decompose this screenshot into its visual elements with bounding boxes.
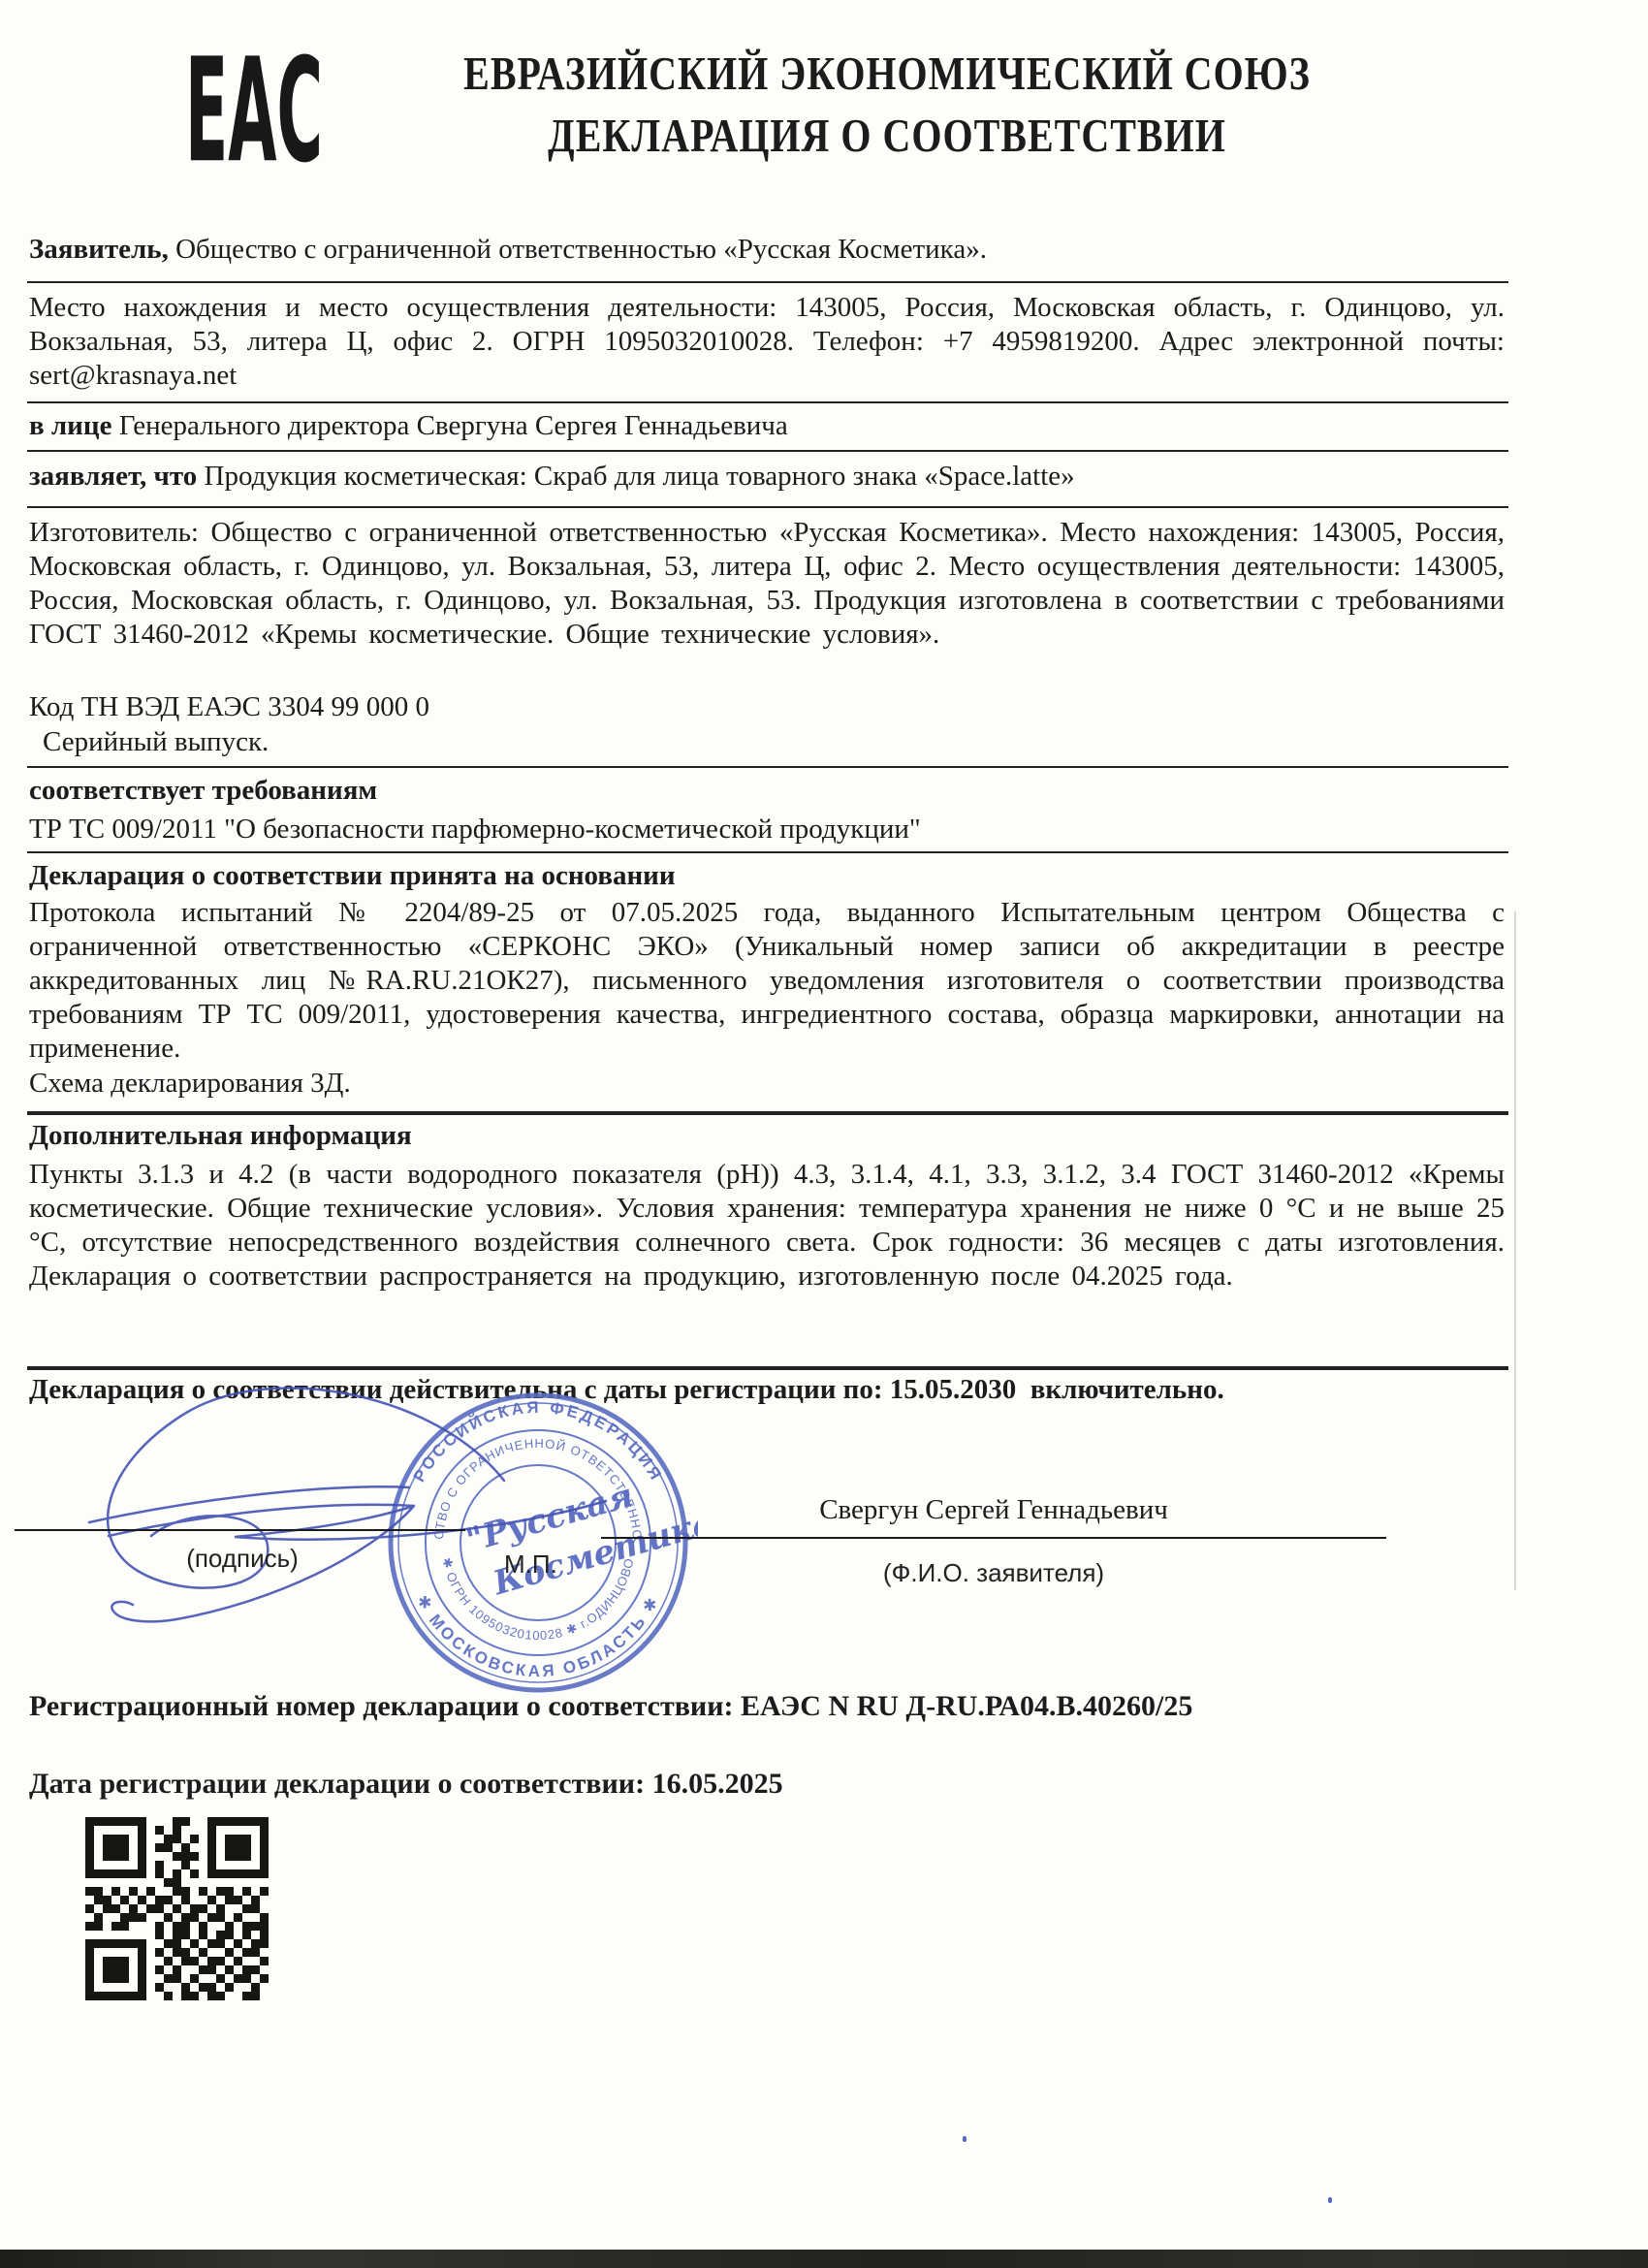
qr-module xyxy=(181,1939,190,1948)
qr-module xyxy=(164,1896,173,1904)
qr-module xyxy=(190,1878,199,1887)
qr-module xyxy=(207,1974,216,1983)
qr-module xyxy=(173,1852,181,1861)
qr-module xyxy=(173,1992,181,2000)
qr-module xyxy=(173,1948,181,1957)
qr-module xyxy=(216,1896,225,1904)
qr-module xyxy=(234,1931,242,1939)
qr-module xyxy=(164,1817,173,1826)
qr-module xyxy=(216,1983,225,1992)
qr-module xyxy=(234,1948,242,1957)
qr-module xyxy=(181,1861,190,1869)
qr-module xyxy=(199,1826,207,1835)
qr-module xyxy=(242,1835,251,1843)
qr-module xyxy=(138,1983,146,1992)
qr-module xyxy=(199,1869,207,1878)
in-person-text: Генерального директора Свергуна Сергея Г… xyxy=(111,410,787,441)
qr-module xyxy=(146,1843,155,1852)
qr-module xyxy=(164,1931,173,1939)
qr-module xyxy=(129,1896,138,1904)
qr-module xyxy=(251,1939,260,1948)
qr-module xyxy=(225,1939,234,1948)
qr-module xyxy=(225,1887,234,1896)
qr-module xyxy=(251,1948,260,1957)
registration-number-value: ЕАЭС N RU Д-RU.РА04.В.40260/25 xyxy=(741,1690,1192,1722)
qr-module xyxy=(190,1826,199,1835)
qr-module xyxy=(216,1826,225,1835)
qr-module xyxy=(129,1931,138,1939)
qr-module xyxy=(216,1965,225,1974)
qr-module xyxy=(111,1931,120,1939)
qr-module xyxy=(94,1869,103,1878)
registration-number-label: Регистрационный номер декларации о соотв… xyxy=(29,1690,741,1722)
qr-module xyxy=(199,1852,207,1861)
qr-module xyxy=(173,1965,181,1974)
scheme-line: Схема декларирования 3Д. xyxy=(29,1067,1505,1101)
qr-module xyxy=(120,1913,129,1922)
qr-module xyxy=(94,1887,103,1896)
qr-module xyxy=(216,1974,225,1983)
qr-module xyxy=(225,1957,234,1965)
qr-module xyxy=(146,1992,155,2000)
qr-module xyxy=(234,1957,242,1965)
qr-module xyxy=(242,1826,251,1835)
qr-module xyxy=(234,1835,242,1843)
qr-module xyxy=(207,1843,216,1852)
qr-module xyxy=(85,1896,94,1904)
qr-module xyxy=(199,1817,207,1826)
qr-module xyxy=(199,1939,207,1948)
qr-module xyxy=(251,1835,260,1843)
qr-module xyxy=(207,1878,216,1887)
qr-module xyxy=(138,1913,146,1922)
qr-module xyxy=(173,1826,181,1835)
qr-module xyxy=(225,1983,234,1992)
qr-module xyxy=(103,1939,111,1948)
ink-speck xyxy=(963,2136,967,2142)
qr-module xyxy=(94,1896,103,1904)
qr-module xyxy=(251,1817,260,1826)
qr-module xyxy=(216,1904,225,1913)
qr-module xyxy=(216,1878,225,1887)
qr-module xyxy=(181,1826,190,1835)
qr-module xyxy=(155,1817,164,1826)
name-line xyxy=(601,1537,1386,1539)
qr-module xyxy=(129,1948,138,1957)
qr-module xyxy=(242,1948,251,1957)
qr-module xyxy=(173,1861,181,1869)
qr-module xyxy=(242,1878,251,1887)
qr-module xyxy=(155,1896,164,1904)
qr-module xyxy=(199,1983,207,1992)
qr-module xyxy=(103,1835,111,1843)
qr-module xyxy=(173,1887,181,1896)
qr-module xyxy=(181,1904,190,1913)
qr-module xyxy=(111,1835,120,1843)
qr-module xyxy=(129,1974,138,1983)
handwritten-signature xyxy=(78,1369,620,1631)
qr-module xyxy=(103,1817,111,1826)
qr-module xyxy=(190,1852,199,1861)
qr-module xyxy=(199,1878,207,1887)
qr-module xyxy=(111,1896,120,1904)
qr-module xyxy=(199,1965,207,1974)
qr-module xyxy=(234,1965,242,1974)
qr-module xyxy=(207,1939,216,1948)
qr-module xyxy=(242,1904,251,1913)
qr-module xyxy=(129,1826,138,1835)
qr-module xyxy=(181,1992,190,2000)
qr-module xyxy=(155,1992,164,2000)
qr-module xyxy=(173,1957,181,1965)
declares-line: заявляет, что Продукция косметическая: С… xyxy=(29,460,1505,494)
qr-module xyxy=(120,1939,129,1948)
section-divider xyxy=(27,450,1508,452)
qr-module xyxy=(85,1983,94,1992)
qr-module xyxy=(85,1878,94,1887)
qr-module xyxy=(242,1974,251,1983)
qr-module xyxy=(138,1904,146,1913)
qr-module xyxy=(85,1869,94,1878)
qr-module xyxy=(207,1931,216,1939)
qr-module xyxy=(251,1965,260,1974)
qr-module xyxy=(234,1974,242,1983)
qr-module xyxy=(103,1852,111,1861)
qr-module xyxy=(103,1948,111,1957)
qr-module xyxy=(111,1992,120,2000)
qr-module xyxy=(120,1835,129,1843)
qr-module xyxy=(103,1957,111,1965)
declares-label: заявляет, что xyxy=(29,461,197,492)
qr-module xyxy=(164,1878,173,1887)
qr-module xyxy=(138,1852,146,1861)
complies-text: ТР ТС 009/2011 "О безопасности парфюмерн… xyxy=(29,813,1505,847)
qr-module xyxy=(85,1835,94,1843)
qr-module xyxy=(225,1904,234,1913)
qr-module xyxy=(94,1913,103,1922)
qr-module xyxy=(242,1939,251,1948)
qr-module xyxy=(129,1869,138,1878)
qr-module xyxy=(146,1826,155,1835)
qr-module xyxy=(260,1948,269,1957)
qr-module xyxy=(207,1835,216,1843)
qr-module xyxy=(164,1826,173,1835)
qr-module xyxy=(199,1913,207,1922)
qr-module xyxy=(103,1887,111,1896)
qr-module xyxy=(94,1843,103,1852)
qr-module xyxy=(120,1922,129,1931)
ink-speck xyxy=(1328,2197,1332,2203)
qr-module xyxy=(234,1843,242,1852)
qr-module xyxy=(216,1852,225,1861)
qr-module xyxy=(260,1878,269,1887)
qr-module xyxy=(103,1922,111,1931)
qr-module xyxy=(129,1904,138,1913)
qr-module xyxy=(138,1922,146,1931)
qr-module xyxy=(242,1843,251,1852)
qr-module xyxy=(234,1922,242,1931)
qr-module xyxy=(251,1826,260,1835)
qr-module xyxy=(216,1861,225,1869)
qr-module xyxy=(207,1896,216,1904)
qr-module xyxy=(164,1835,173,1843)
qr-module xyxy=(155,1913,164,1922)
qr-module xyxy=(216,1931,225,1939)
qr-module xyxy=(94,1931,103,1939)
qr-module xyxy=(234,1992,242,2000)
qr-module xyxy=(173,1817,181,1826)
qr-module xyxy=(251,1983,260,1992)
qr-module xyxy=(173,1983,181,1992)
qr-module xyxy=(155,1965,164,1974)
qr-module xyxy=(216,1817,225,1826)
qr-module xyxy=(251,1922,260,1931)
qr-module xyxy=(146,1957,155,1965)
qr-module xyxy=(225,1861,234,1869)
qr-module xyxy=(155,1861,164,1869)
qr-module xyxy=(190,1922,199,1931)
qr-module xyxy=(207,1965,216,1974)
qr-module xyxy=(260,1922,269,1931)
qr-module xyxy=(234,1878,242,1887)
qr-module xyxy=(85,1922,94,1931)
qr-module xyxy=(207,1992,216,2000)
page-title: ЕВРАЗИЙСКИЙ ЭКОНОМИЧЕСКИЙ СОЮЗ xyxy=(320,47,1454,101)
qr-module xyxy=(103,1992,111,2000)
qr-module xyxy=(199,1948,207,1957)
name-caption: (Ф.И.О. заявителя) xyxy=(601,1558,1386,1588)
qr-module xyxy=(138,1878,146,1887)
qr-module xyxy=(199,1861,207,1869)
qr-module xyxy=(164,1843,173,1852)
qr-module xyxy=(260,1957,269,1965)
qr-module xyxy=(155,1826,164,1835)
qr-module xyxy=(164,1974,173,1983)
qr-module xyxy=(129,1835,138,1843)
qr-module xyxy=(155,1852,164,1861)
qr-module xyxy=(260,1939,269,1948)
qr-module xyxy=(181,1843,190,1852)
qr-module xyxy=(129,1852,138,1861)
qr-module xyxy=(94,1835,103,1843)
qr-module xyxy=(181,1957,190,1965)
qr-module xyxy=(234,1861,242,1869)
qr-module xyxy=(129,1861,138,1869)
qr-module xyxy=(111,1904,120,1913)
qr-module xyxy=(234,1983,242,1992)
qr-module xyxy=(85,1974,94,1983)
section-divider xyxy=(27,506,1508,508)
qr-module xyxy=(242,1852,251,1861)
qr-module xyxy=(225,1913,234,1922)
qr-module xyxy=(94,1948,103,1957)
qr-module xyxy=(173,1913,181,1922)
qr-module xyxy=(207,1817,216,1826)
qr-module xyxy=(111,1878,120,1887)
declaration-document: ЕАС ЕВРАЗИЙСКИЙ ЭКОНОМИЧЕСКИЙ СОЮЗ ДЕКЛА… xyxy=(0,0,1648,2268)
document-header: ЕВРАЗИЙСКИЙ ЭКОНОМИЧЕСКИЙ СОЮЗ ДЕКЛАРАЦИ… xyxy=(320,47,1454,153)
basis-header: Декларация о соответствии принята на осн… xyxy=(29,859,1505,893)
qr-module xyxy=(146,1913,155,1922)
qr-module xyxy=(138,1817,146,1826)
qr-module xyxy=(103,1896,111,1904)
qr-module xyxy=(146,1887,155,1896)
qr-module xyxy=(164,1983,173,1992)
qr-module xyxy=(207,1887,216,1896)
qr-module xyxy=(120,1826,129,1835)
qr-module xyxy=(181,1922,190,1931)
qr-module xyxy=(94,1957,103,1965)
qr-module xyxy=(146,1922,155,1931)
manufacturer-paragraph: Изготовитель: Общество с ограниченной от… xyxy=(29,516,1505,652)
qr-module xyxy=(146,1896,155,1904)
qr-module xyxy=(103,1904,111,1913)
qr-module xyxy=(85,1861,94,1869)
qr-module xyxy=(207,1904,216,1913)
qr-module xyxy=(173,1939,181,1948)
qr-module xyxy=(260,1835,269,1843)
qr-module xyxy=(120,1974,129,1983)
qr-module xyxy=(120,1948,129,1957)
qr-module xyxy=(260,1826,269,1835)
qr-module xyxy=(251,1896,260,1904)
eac-logo-text: ЕАС xyxy=(185,37,323,180)
qr-module xyxy=(138,1869,146,1878)
qr-module xyxy=(85,1826,94,1835)
qr-module xyxy=(94,1904,103,1913)
qr-module xyxy=(111,1983,120,1992)
qr-module xyxy=(190,1835,199,1843)
qr-module xyxy=(138,1826,146,1835)
qr-module xyxy=(103,1983,111,1992)
qr-module xyxy=(164,1913,173,1922)
qr-module xyxy=(225,1869,234,1878)
qr-module xyxy=(181,1835,190,1843)
qr-module xyxy=(146,1965,155,1974)
qr-module xyxy=(225,1931,234,1939)
qr-module xyxy=(207,1957,216,1965)
qr-module xyxy=(225,1965,234,1974)
qr-module xyxy=(190,1948,199,1957)
qr-module xyxy=(146,1939,155,1948)
qr-module xyxy=(173,1974,181,1983)
qr-module xyxy=(103,1843,111,1852)
qr-module xyxy=(120,1869,129,1878)
qr-module xyxy=(129,1913,138,1922)
qr-module xyxy=(155,1948,164,1957)
qr-module xyxy=(146,1878,155,1887)
qr-module xyxy=(234,1852,242,1861)
qr-module xyxy=(138,1939,146,1948)
signatory-name: Свергун Сергей Геннадьевич xyxy=(601,1493,1386,1527)
signature-caption: (подпись) xyxy=(53,1544,431,1574)
qr-module xyxy=(260,1817,269,1826)
qr-module xyxy=(181,1974,190,1983)
qr-module xyxy=(225,1948,234,1957)
qr-module xyxy=(164,1861,173,1869)
qr-module xyxy=(242,1992,251,2000)
qr-module xyxy=(207,1948,216,1957)
qr-module xyxy=(260,1983,269,1992)
qr-module xyxy=(260,1913,269,1922)
qr-module xyxy=(85,1948,94,1957)
qr-module xyxy=(234,1817,242,1826)
qr-module xyxy=(173,1869,181,1878)
qr-module xyxy=(129,1992,138,2000)
qr-module xyxy=(155,1835,164,1843)
qr-module xyxy=(138,1835,146,1843)
section-divider xyxy=(27,1111,1508,1115)
qr-module xyxy=(111,1843,120,1852)
qr-module xyxy=(146,1931,155,1939)
qr-module xyxy=(85,1913,94,1922)
qr-module xyxy=(138,1948,146,1957)
qr-module xyxy=(120,1931,129,1939)
qr-module xyxy=(199,1957,207,1965)
qr-module xyxy=(242,1922,251,1931)
qr-module xyxy=(234,1904,242,1913)
qr-module xyxy=(207,1922,216,1931)
qr-module xyxy=(164,1939,173,1948)
qr-module xyxy=(164,1852,173,1861)
qr-module xyxy=(146,1861,155,1869)
qr-module xyxy=(155,1957,164,1965)
qr-module xyxy=(94,1817,103,1826)
additional-paragraph: Пункты 3.1.3 и 4.2 (в части водородного … xyxy=(29,1158,1505,1294)
qr-module xyxy=(120,1878,129,1887)
qr-module xyxy=(129,1878,138,1887)
qr-module xyxy=(111,1974,120,1983)
qr-module xyxy=(216,1992,225,2000)
applicant-label: Заявитель, xyxy=(29,234,169,265)
qr-module xyxy=(146,1835,155,1843)
qr-module xyxy=(207,1869,216,1878)
qr-module xyxy=(164,1992,173,2000)
qr-module xyxy=(103,1974,111,1983)
qr-module xyxy=(94,1852,103,1861)
qr-module xyxy=(146,1817,155,1826)
qr-module xyxy=(260,1965,269,1974)
qr-module xyxy=(216,1948,225,1957)
qr-module xyxy=(234,1887,242,1896)
qr-module xyxy=(120,1843,129,1852)
complies-header: соответствует требованиям xyxy=(29,774,1505,808)
qr-module xyxy=(85,1852,94,1861)
qr-module xyxy=(103,1869,111,1878)
qr-module xyxy=(164,1922,173,1931)
qr-module xyxy=(138,1861,146,1869)
qr-module xyxy=(94,1983,103,1992)
registration-date-value: 16.05.2025 xyxy=(652,1768,783,1800)
qr-module xyxy=(260,1992,269,2000)
qr-module xyxy=(173,1931,181,1939)
qr-module xyxy=(164,1887,173,1896)
qr-module xyxy=(190,1983,199,1992)
qr-module xyxy=(155,1922,164,1931)
qr-module xyxy=(181,1852,190,1861)
qr-module xyxy=(190,1861,199,1869)
qr-module xyxy=(260,1843,269,1852)
qr-module xyxy=(181,1869,190,1878)
qr-module xyxy=(225,1843,234,1852)
qr-module xyxy=(181,1896,190,1904)
qr-module xyxy=(207,1913,216,1922)
qr-module xyxy=(146,1852,155,1861)
qr-module xyxy=(85,1843,94,1852)
qr-module xyxy=(120,1817,129,1826)
qr-module xyxy=(260,1931,269,1939)
section-divider xyxy=(27,401,1508,403)
